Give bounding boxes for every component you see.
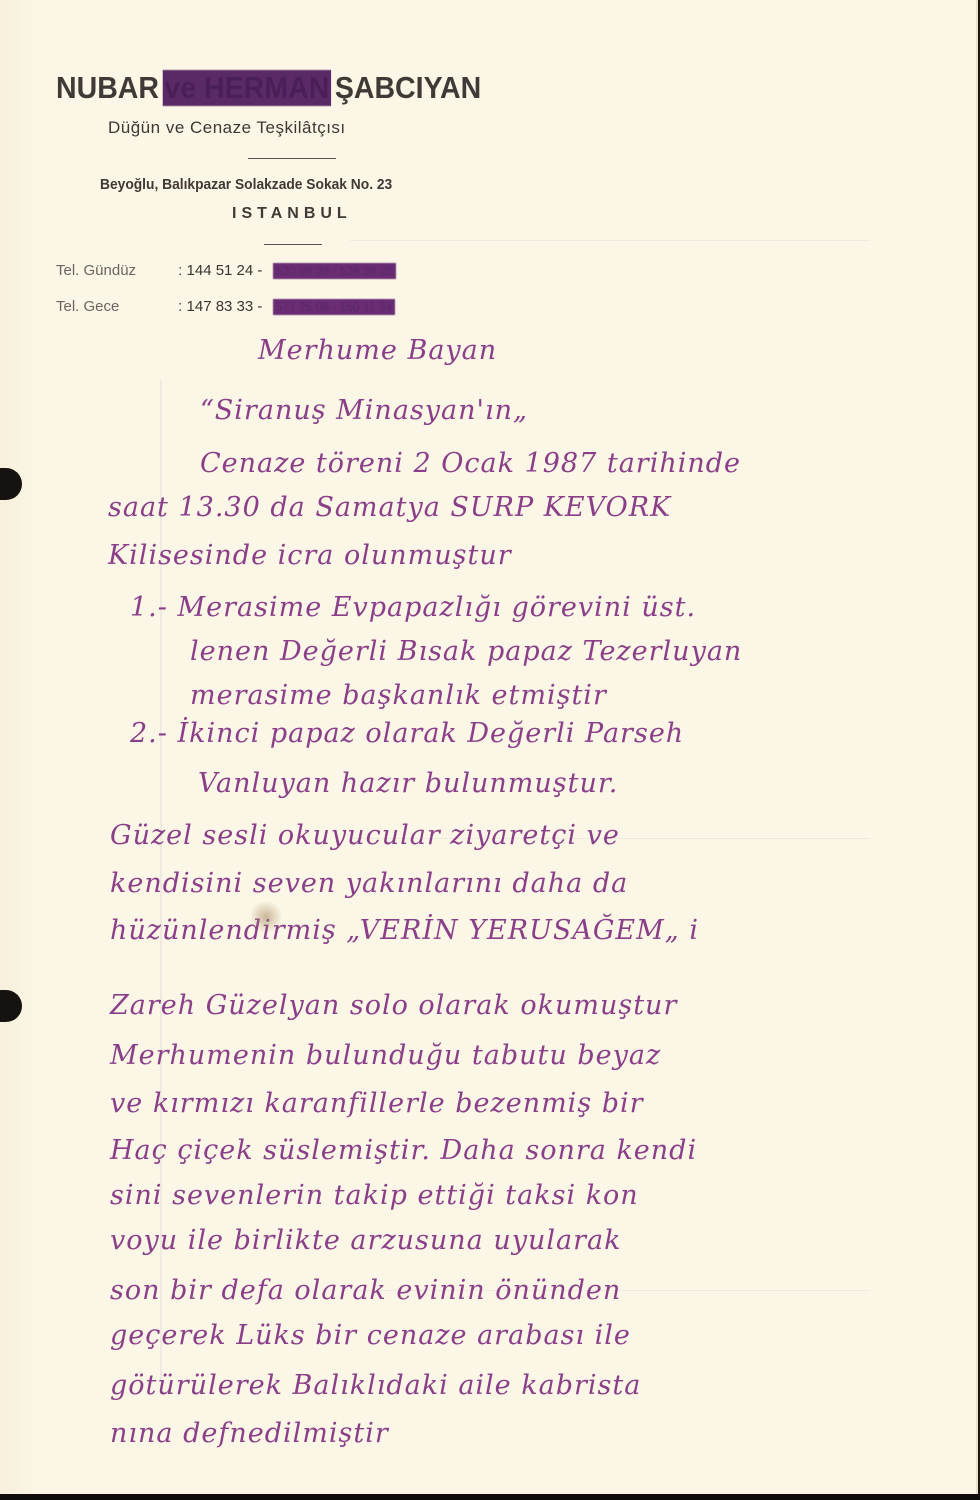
redacted-name: ve HERMAN bbox=[163, 70, 332, 106]
handwritten-line: saat 13.30 da Samatya SURP KEVORK bbox=[108, 492, 671, 523]
handwritten-line: Cenaze töreni 2 Ocak 1987 tarihinde bbox=[200, 448, 741, 479]
binder-hole bbox=[0, 990, 22, 1022]
letterhead-subtitle: Düğün ve Cenaze Teşkilâtçısı bbox=[108, 118, 346, 138]
phone-number: 147 83 33 - bbox=[187, 298, 263, 315]
phone-label: Tel. Gündüz bbox=[56, 262, 174, 279]
handwritten-line: Güzel sesli okuyucular ziyaretçi ve bbox=[110, 820, 620, 851]
scan-edge bbox=[0, 1494, 980, 1500]
name-right: ŞABCIYAN bbox=[335, 70, 481, 105]
handwritten-line: nına defnedilmiştir bbox=[110, 1418, 389, 1449]
phone-separator: : bbox=[178, 262, 182, 279]
letterhead-city: ISTANBUL bbox=[232, 205, 352, 223]
phone-day: Tel. Gündüz : 144 51 24 - 520 98 39 - 52… bbox=[56, 262, 396, 279]
phone-number: 144 51 24 - bbox=[187, 262, 263, 279]
binder-hole bbox=[0, 468, 22, 500]
handwritten-line: götürülerek Balıklıdaki aile kabrista bbox=[110, 1370, 641, 1401]
handwritten-line: geçerek Lüks bir cenaze arabası ile bbox=[110, 1320, 631, 1351]
name-left: NUBAR bbox=[56, 70, 159, 105]
show-through-line bbox=[350, 240, 870, 241]
divider bbox=[248, 158, 336, 159]
letterhead-title: NUBARve HERMANŞABCIYAN bbox=[56, 70, 481, 106]
handwritten-line: Haç çiçek süslemiştir. Daha sonra kendi bbox=[110, 1135, 697, 1166]
redacted-phone: 520 98 39 - 526 38 20 bbox=[273, 263, 396, 279]
phone-separator: : bbox=[178, 298, 182, 315]
handwritten-line: Kilisesinde icra olunmuştur bbox=[108, 540, 512, 571]
paper-stain bbox=[248, 902, 284, 932]
handwritten-line: “Siranuş Minasyan'ın„ bbox=[200, 395, 528, 426]
handwritten-line: Zareh Güzelyan solo olarak okumuştur bbox=[110, 990, 677, 1021]
handwritten-line: 2.- İkinci papaz olarak Değerli Parseh bbox=[130, 718, 684, 749]
handwritten-line: 1.- Merasime Evpapazlığı görevini üst. bbox=[130, 592, 696, 623]
letter-page: NUBARve HERMANŞABCIYAN Düğün ve Cenaze T… bbox=[0, 0, 978, 1494]
redacted-phone: 571 26 08 - 150 11 94 bbox=[273, 299, 396, 315]
handwritten-line: ve kırmızı karanfillerle bezenmiş bir bbox=[110, 1088, 644, 1119]
handwritten-line: hüzünlendirmiş „VERİN YERUSAĞEM„ i bbox=[110, 915, 699, 946]
handwritten-line: lenen Değerli Bısak papaz Tezerluyan bbox=[190, 636, 742, 667]
handwritten-line: kendisini seven yakınlarını daha da bbox=[110, 868, 628, 899]
letterhead-address: Beyoğlu, Balıkpazar Solakzade Sokak No. … bbox=[100, 176, 392, 193]
phone-label: Tel. Gece bbox=[56, 298, 174, 315]
phone-night: Tel. Gece : 147 83 33 - 571 26 08 - 150 … bbox=[56, 298, 395, 315]
handwritten-line: Merhume Bayan bbox=[258, 335, 497, 366]
handwritten-line: Merhumenin bulunduğu tabutu beyaz bbox=[110, 1040, 661, 1071]
divider bbox=[264, 244, 322, 245]
handwritten-line: sini sevenlerin takip ettiği taksi kon bbox=[110, 1180, 639, 1211]
handwritten-line: merasime başkanlık etmiştir bbox=[190, 680, 607, 711]
handwritten-line: Vanluyan hazır bulunmuştur. bbox=[198, 768, 618, 799]
handwritten-line: son bir defa olarak evinin önünden bbox=[110, 1275, 621, 1306]
handwritten-line: voyu ile birlikte arzusuna uyularak bbox=[110, 1225, 622, 1256]
